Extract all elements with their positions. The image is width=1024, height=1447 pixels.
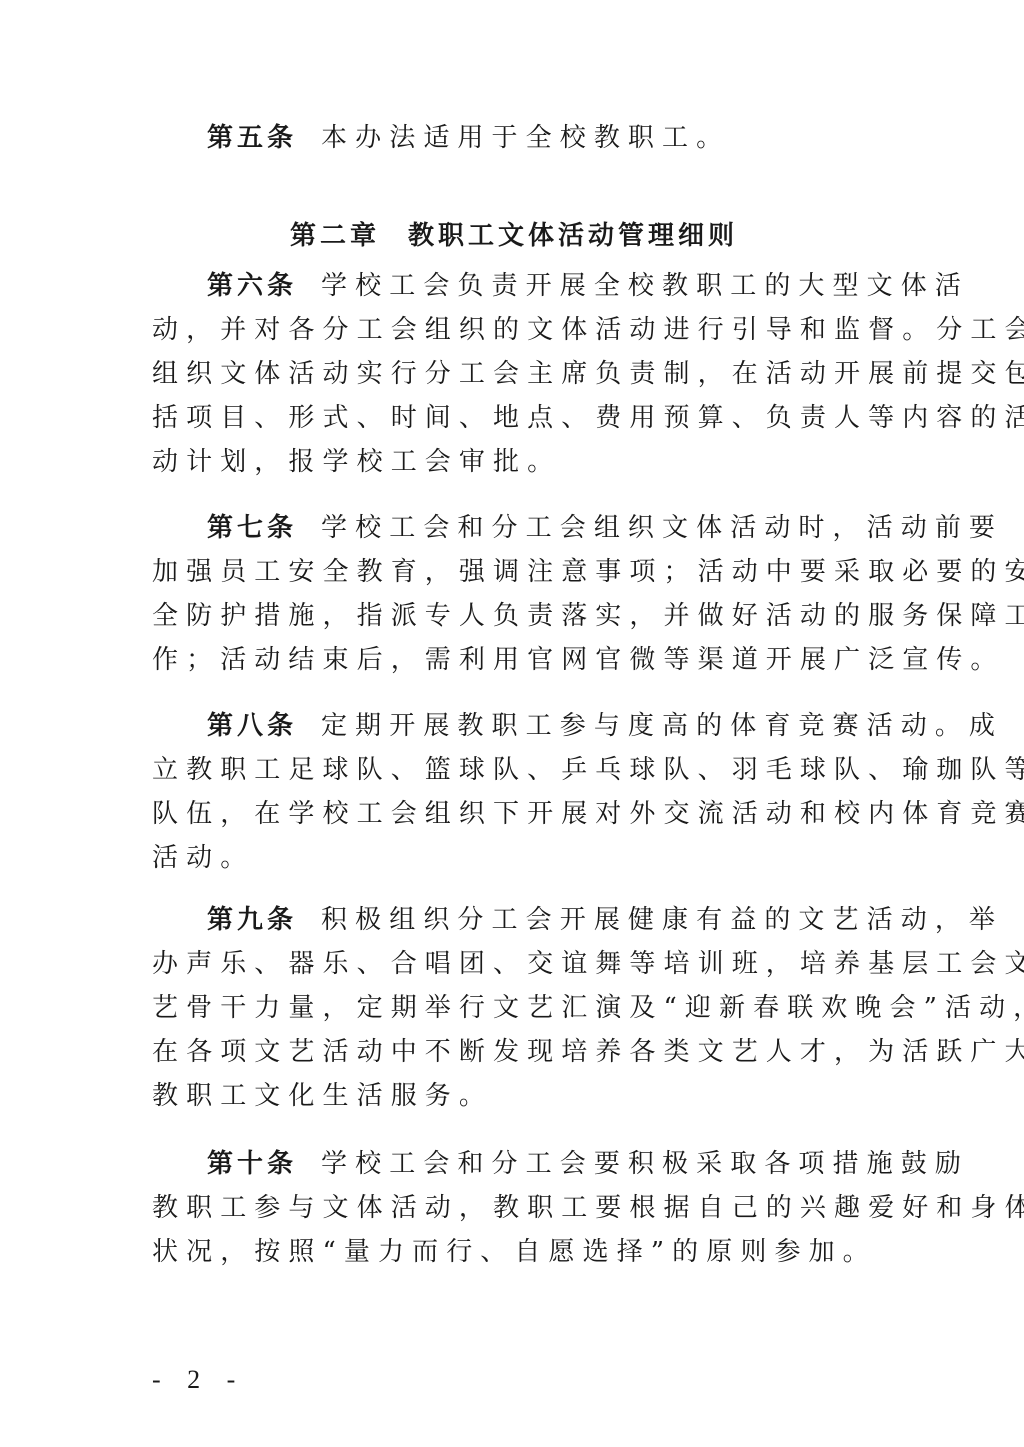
article-text-line: 学校工会和分工会要积极采取各项措施鼓励 xyxy=(321,1149,969,1179)
article-text-line: 在各项文艺活动中不断发现培养各类文艺人才，为活跃广大 xyxy=(152,1030,882,1074)
article-label: 第九条 xyxy=(207,905,297,935)
page-number: - 2 - xyxy=(152,1362,245,1398)
article-9: 第九条积极组织分工会开展健康有益的文艺活动，举 xyxy=(207,898,937,942)
article-text-line: 本办法适用于全校教职工。 xyxy=(321,123,730,153)
article-text-line: 艺骨干力量，定期举行文艺汇演及“迎新春联欢晚会”活动， xyxy=(152,986,882,1030)
article-6: 第六条学校工会负责开展全校教职工的大型文体活 xyxy=(207,264,937,308)
article-text-line: 教职工文化生活服务。 xyxy=(152,1074,882,1118)
article-text-line: 活动。 xyxy=(152,836,882,880)
article-text-line: 积极组织分工会开展健康有益的文艺活动，举 xyxy=(321,905,1003,935)
article-label: 第五条 xyxy=(207,123,297,153)
article-text-line: 动，并对各分工会组织的文体活动进行引导和监督。分工会 xyxy=(152,308,882,352)
article-7: 第七条学校工会和分工会组织文体活动时，活动前要 xyxy=(207,506,937,550)
article-text-line: 立教职工足球队、篮球队、乒乓球队、羽毛球队、瑜珈队等 xyxy=(152,748,882,792)
article-text-line: 全防护措施，指派专人负责落实，并做好活动的服务保障工 xyxy=(152,594,882,638)
article-5: 第五条本办法适用于全校教职工。 xyxy=(207,116,937,160)
chapter-title: 教职工文体活动管理细则 xyxy=(408,221,738,251)
chapter-number: 第二章 xyxy=(290,221,380,251)
article-text-line: 教职工参与文体活动，教职工要根据自己的兴趣爱好和身体 xyxy=(152,1186,882,1230)
article-text-line: 定期开展教职工参与度高的体育竞赛活动。成 xyxy=(321,711,1003,741)
article-text-line: 学校工会负责开展全校教职工的大型文体活 xyxy=(321,271,969,301)
article-text-line: 加强员工安全教育，强调注意事项；活动中要采取必要的安 xyxy=(152,550,882,594)
chapter-heading: 第二章教职工文体活动管理细则 xyxy=(290,214,738,258)
document-page: 第五条本办法适用于全校教职工。 第二章教职工文体活动管理细则 第六条学校工会负责… xyxy=(0,0,1024,1447)
article-label: 第八条 xyxy=(207,711,297,741)
article-label: 第七条 xyxy=(207,513,297,543)
article-text-line: 队伍，在学校工会组织下开展对外交流活动和校内体育竞赛 xyxy=(152,792,882,836)
article-text-line: 办声乐、器乐、合唱团、交谊舞等培训班，培养基层工会文 xyxy=(152,942,882,986)
article-text-line: 作；活动结束后，需利用官网官微等渠道开展广泛宣传。 xyxy=(152,638,882,682)
article-8: 第八条定期开展教职工参与度高的体育竞赛活动。成 xyxy=(207,704,937,748)
article-label: 第十条 xyxy=(207,1149,297,1179)
article-10: 第十条学校工会和分工会要积极采取各项措施鼓励 xyxy=(207,1142,937,1186)
article-text-line: 组织文体活动实行分工会主席负责制，在活动开展前提交包 xyxy=(152,352,882,396)
article-text-line: 学校工会和分工会组织文体活动时，活动前要 xyxy=(321,513,1003,543)
article-label: 第六条 xyxy=(207,271,297,301)
article-text-line: 动计划，报学校工会审批。 xyxy=(152,440,882,484)
article-text-line: 状况，按照“量力而行、自愿选择”的原则参加。 xyxy=(152,1230,882,1274)
article-text-line: 括项目、形式、时间、地点、费用预算、负责人等内容的活 xyxy=(152,396,882,440)
